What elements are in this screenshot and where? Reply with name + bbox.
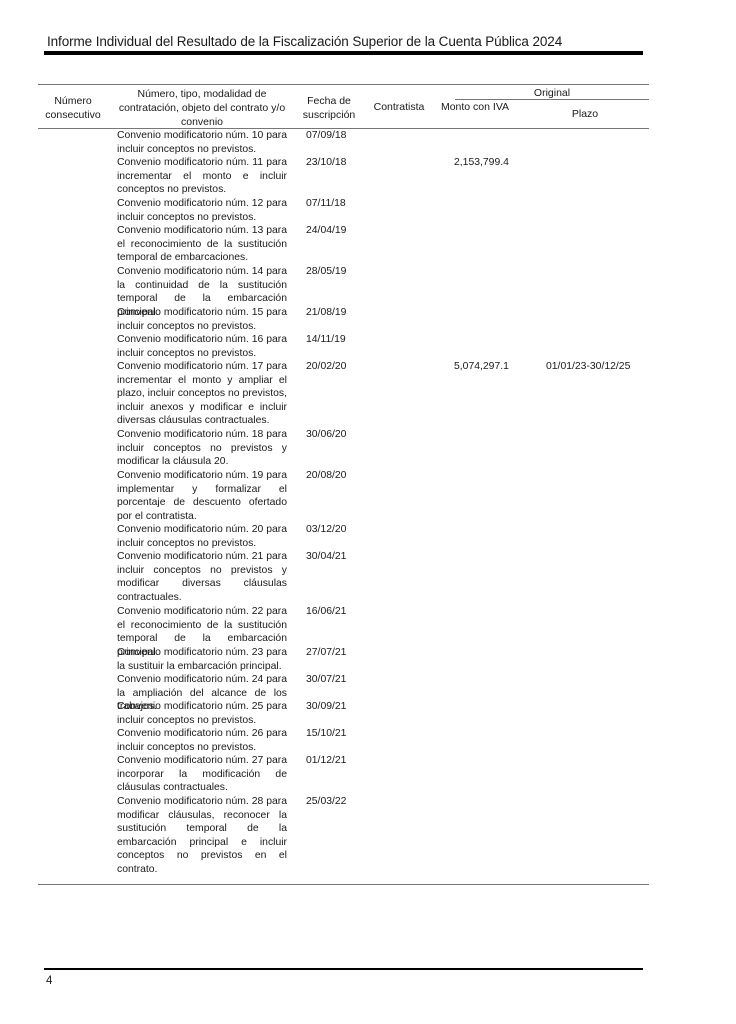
row-monto: 5,074,297.1 [454, 360, 509, 374]
row-description: Convenio modificatorio núm. 15 para incl… [117, 306, 287, 333]
row-description: Convenio modificatorio núm. 18 para incl… [117, 428, 287, 469]
col-header-fecha: Fecha de suscripción [297, 94, 361, 122]
row-fecha: 21/08/19 [306, 306, 346, 320]
row-description: Convenio modificatorio núm. 17 para incr… [117, 360, 287, 428]
col-header-monto: Monto con IVA [440, 100, 510, 114]
row-fecha: 16/06/21 [306, 605, 346, 619]
row-fecha: 25/03/22 [306, 795, 346, 809]
row-fecha: 30/04/21 [306, 550, 346, 564]
row-fecha: 30/07/21 [306, 673, 346, 687]
row-description: Convenio modificatorio núm. 27 para inco… [117, 754, 287, 795]
row-fecha: 01/12/21 [306, 754, 346, 768]
row-fecha: 15/10/21 [306, 727, 346, 741]
row-monto: 2,153,799.4 [454, 156, 509, 170]
header-rule [44, 51, 643, 55]
col-header-numero: Número consecutivo [40, 94, 106, 122]
row-description: Convenio modificatorio núm. 23 para la s… [117, 646, 287, 673]
row-fecha: 30/06/20 [306, 428, 346, 442]
row-fecha: 07/09/18 [306, 129, 346, 143]
row-description: Convenio modificatorio núm. 10 para incl… [117, 129, 287, 156]
row-fecha: 23/10/18 [306, 156, 346, 170]
row-description: Convenio modificatorio núm. 20 para incl… [117, 523, 287, 550]
table-top-rule [38, 84, 649, 85]
row-description: Convenio modificatorio núm. 13 para el r… [117, 224, 287, 265]
table-bottom-rule [38, 884, 649, 885]
row-fecha: 07/11/18 [306, 197, 346, 211]
col-header-original: Original [455, 86, 649, 100]
page-number: 4 [46, 975, 52, 987]
row-plazo: 01/01/23-30/12/25 [546, 360, 630, 374]
row-fecha: 20/08/20 [306, 469, 346, 483]
row-description: Convenio modificatorio núm. 26 para incl… [117, 727, 287, 754]
row-description: Convenio modificatorio núm. 28 para modi… [117, 795, 287, 877]
col-header-plazo: Plazo [520, 107, 650, 121]
row-description: Convenio modificatorio núm. 12 para incl… [117, 197, 287, 224]
row-fecha: 27/07/21 [306, 646, 346, 660]
row-description: Convenio modificatorio núm. 21 para incl… [117, 550, 287, 604]
row-fecha: 28/05/19 [306, 265, 346, 279]
col-header-contratista: Contratista [366, 100, 432, 114]
report-title: Informe Individual del Resultado de la F… [47, 34, 562, 49]
row-description: Convenio modificatorio núm. 11 para incr… [117, 156, 287, 197]
row-fecha: 03/12/20 [306, 523, 346, 537]
row-fecha: 14/11/19 [306, 333, 346, 347]
row-fecha: 20/02/20 [306, 360, 346, 374]
row-fecha: 24/04/19 [306, 224, 346, 238]
row-description: Convenio modificatorio núm. 19 para impl… [117, 469, 287, 523]
row-description: Convenio modificatorio núm. 16 para incl… [117, 333, 287, 360]
row-fecha: 30/09/21 [306, 700, 346, 714]
row-description: Convenio modificatorio núm. 25 para incl… [117, 700, 287, 727]
col-header-descripcion: Número, tipo, modalidad de contratación,… [114, 87, 290, 129]
footer-rule [44, 968, 643, 970]
